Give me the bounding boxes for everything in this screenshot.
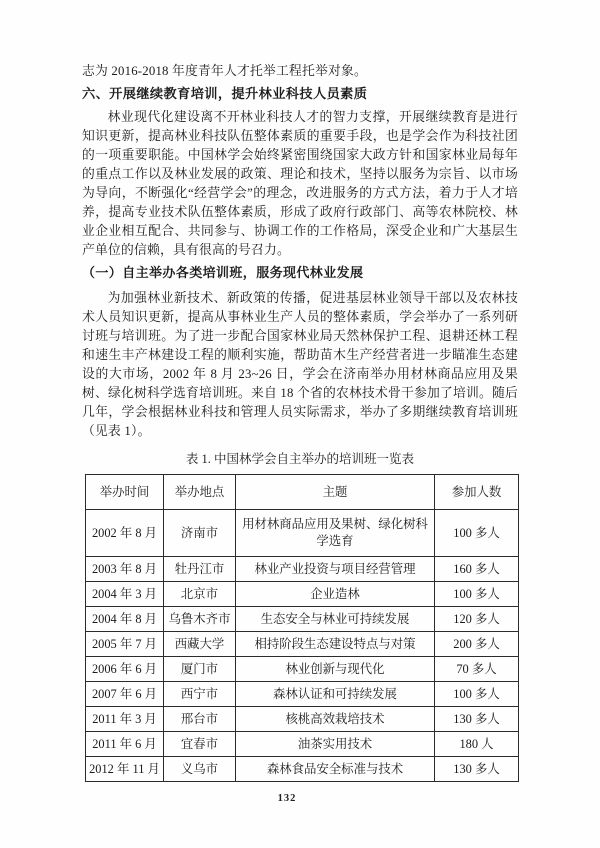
cell-topic: 林业创新与现代化 xyxy=(236,657,435,682)
cell-time: 2012 年 11 月 xyxy=(86,757,164,782)
paragraph-2: 为加强林业新技术、新政策的传播，促进基层林业领导干部以及农林技术人员知识更新，提… xyxy=(82,289,518,441)
cell-location: 牡丹江市 xyxy=(164,557,236,582)
section-heading: 六、开展继续教育培训，提升林业科技人员素质 xyxy=(82,84,518,103)
table-row: 2011 年 6 月 宜春市 油茶实用技术 180 人 xyxy=(86,732,519,757)
cell-location: 宜春市 xyxy=(164,732,236,757)
cell-topic: 相持阶段生态建设特点与对策 xyxy=(236,632,435,657)
training-table: 举办时间 举办地点 主题 参加人数 2002 年 8 月 济南市 用材林商品应用… xyxy=(85,474,519,782)
table-caption: 表 1. 中国林学会自主举办的培训班一览表 xyxy=(82,450,518,469)
table-row: 2011 年 3 月 邢台市 核桃高效栽培技术 130 多人 xyxy=(86,707,519,732)
table-row: 2012 年 11 月 义乌市 森林食品安全标准与技术 130 多人 xyxy=(86,757,519,782)
cell-time: 2011 年 6 月 xyxy=(86,732,164,757)
cell-location: 厦门市 xyxy=(164,657,236,682)
table-row: 2004 年 8 月 乌鲁木齐市 生态安全与林业可持续发展 120 多人 xyxy=(86,607,519,632)
header-cell-topic: 主题 xyxy=(236,475,435,510)
cell-topic: 森林认证和可持续发展 xyxy=(236,682,435,707)
page-number: 132 xyxy=(0,793,574,804)
cell-location: 义乌市 xyxy=(164,757,236,782)
cell-topic: 企业造林 xyxy=(236,582,435,607)
subsection-heading: （一）自主举办各类培训班，服务现代林业发展 xyxy=(82,263,518,282)
cell-location: 西藏大学 xyxy=(164,632,236,657)
paragraph-1: 林业现代化建设离不开林业科技人才的智力支撑，开展继续教育是进行知识更新，提高林业… xyxy=(82,108,518,260)
table-row: 2006 年 6 月 厦门市 林业创新与现代化 70 多人 xyxy=(86,657,519,682)
cell-topic: 油茶实用技术 xyxy=(236,732,435,757)
cell-participants: 200 多人 xyxy=(435,632,519,657)
cell-time: 2007 年 6 月 xyxy=(86,682,164,707)
cell-location: 北京市 xyxy=(164,582,236,607)
cell-participants: 100 多人 xyxy=(435,682,519,707)
table-row: 2002 年 8 月 济南市 用材林商品应用及果树、绿化树科学选育 100 多人 xyxy=(86,510,519,557)
table-row: 2004 年 3 月 北京市 企业造林 100 多人 xyxy=(86,582,519,607)
cell-participants: 180 人 xyxy=(435,732,519,757)
cell-participants: 70 多人 xyxy=(435,657,519,682)
cell-location: 济南市 xyxy=(164,510,236,557)
cell-participants: 130 多人 xyxy=(435,707,519,732)
cell-time: 2005 年 7 月 xyxy=(86,632,164,657)
cell-time: 2006 年 6 月 xyxy=(86,657,164,682)
cell-participants: 100 多人 xyxy=(435,510,519,557)
cell-topic: 生态安全与林业可持续发展 xyxy=(236,607,435,632)
cell-participants: 120 多人 xyxy=(435,607,519,632)
cell-topic: 用材林商品应用及果树、绿化树科学选育 xyxy=(236,510,435,557)
cell-location: 西宁市 xyxy=(164,682,236,707)
cell-time: 2003 年 8 月 xyxy=(86,557,164,582)
cell-location: 乌鲁木齐市 xyxy=(164,607,236,632)
header-cell-location: 举办地点 xyxy=(164,475,236,510)
header-cell-participants: 参加人数 xyxy=(435,475,519,510)
cell-location: 邢台市 xyxy=(164,707,236,732)
table-row: 2003 年 8 月 牡丹江市 林业产业投资与项目经营管理 160 多人 xyxy=(86,557,519,582)
cell-participants: 160 多人 xyxy=(435,557,519,582)
header-cell-time: 举办时间 xyxy=(86,475,164,510)
cell-topic: 林业产业投资与项目经营管理 xyxy=(236,557,435,582)
paragraph-continuation: 志为 2016-2018 年度青年人才托举工程托举对象。 xyxy=(82,62,518,81)
cell-time: 2002 年 8 月 xyxy=(86,510,164,557)
cell-time: 2011 年 3 月 xyxy=(86,707,164,732)
cell-participants: 130 多人 xyxy=(435,757,519,782)
table-row: 2007 年 6 月 西宁市 森林认证和可持续发展 100 多人 xyxy=(86,682,519,707)
cell-topic: 核桃高效栽培技术 xyxy=(236,707,435,732)
cell-participants: 100 多人 xyxy=(435,582,519,607)
cell-time: 2004 年 8 月 xyxy=(86,607,164,632)
table-header-row: 举办时间 举办地点 主题 参加人数 xyxy=(86,475,519,510)
document-page: 志为 2016-2018 年度青年人才托举工程托举对象。 六、开展继续教育培训，… xyxy=(0,0,600,848)
cell-time: 2004 年 3 月 xyxy=(86,582,164,607)
cell-topic: 森林食品安全标准与技术 xyxy=(236,757,435,782)
table-row: 2005 年 7 月 西藏大学 相持阶段生态建设特点与对策 200 多人 xyxy=(86,632,519,657)
